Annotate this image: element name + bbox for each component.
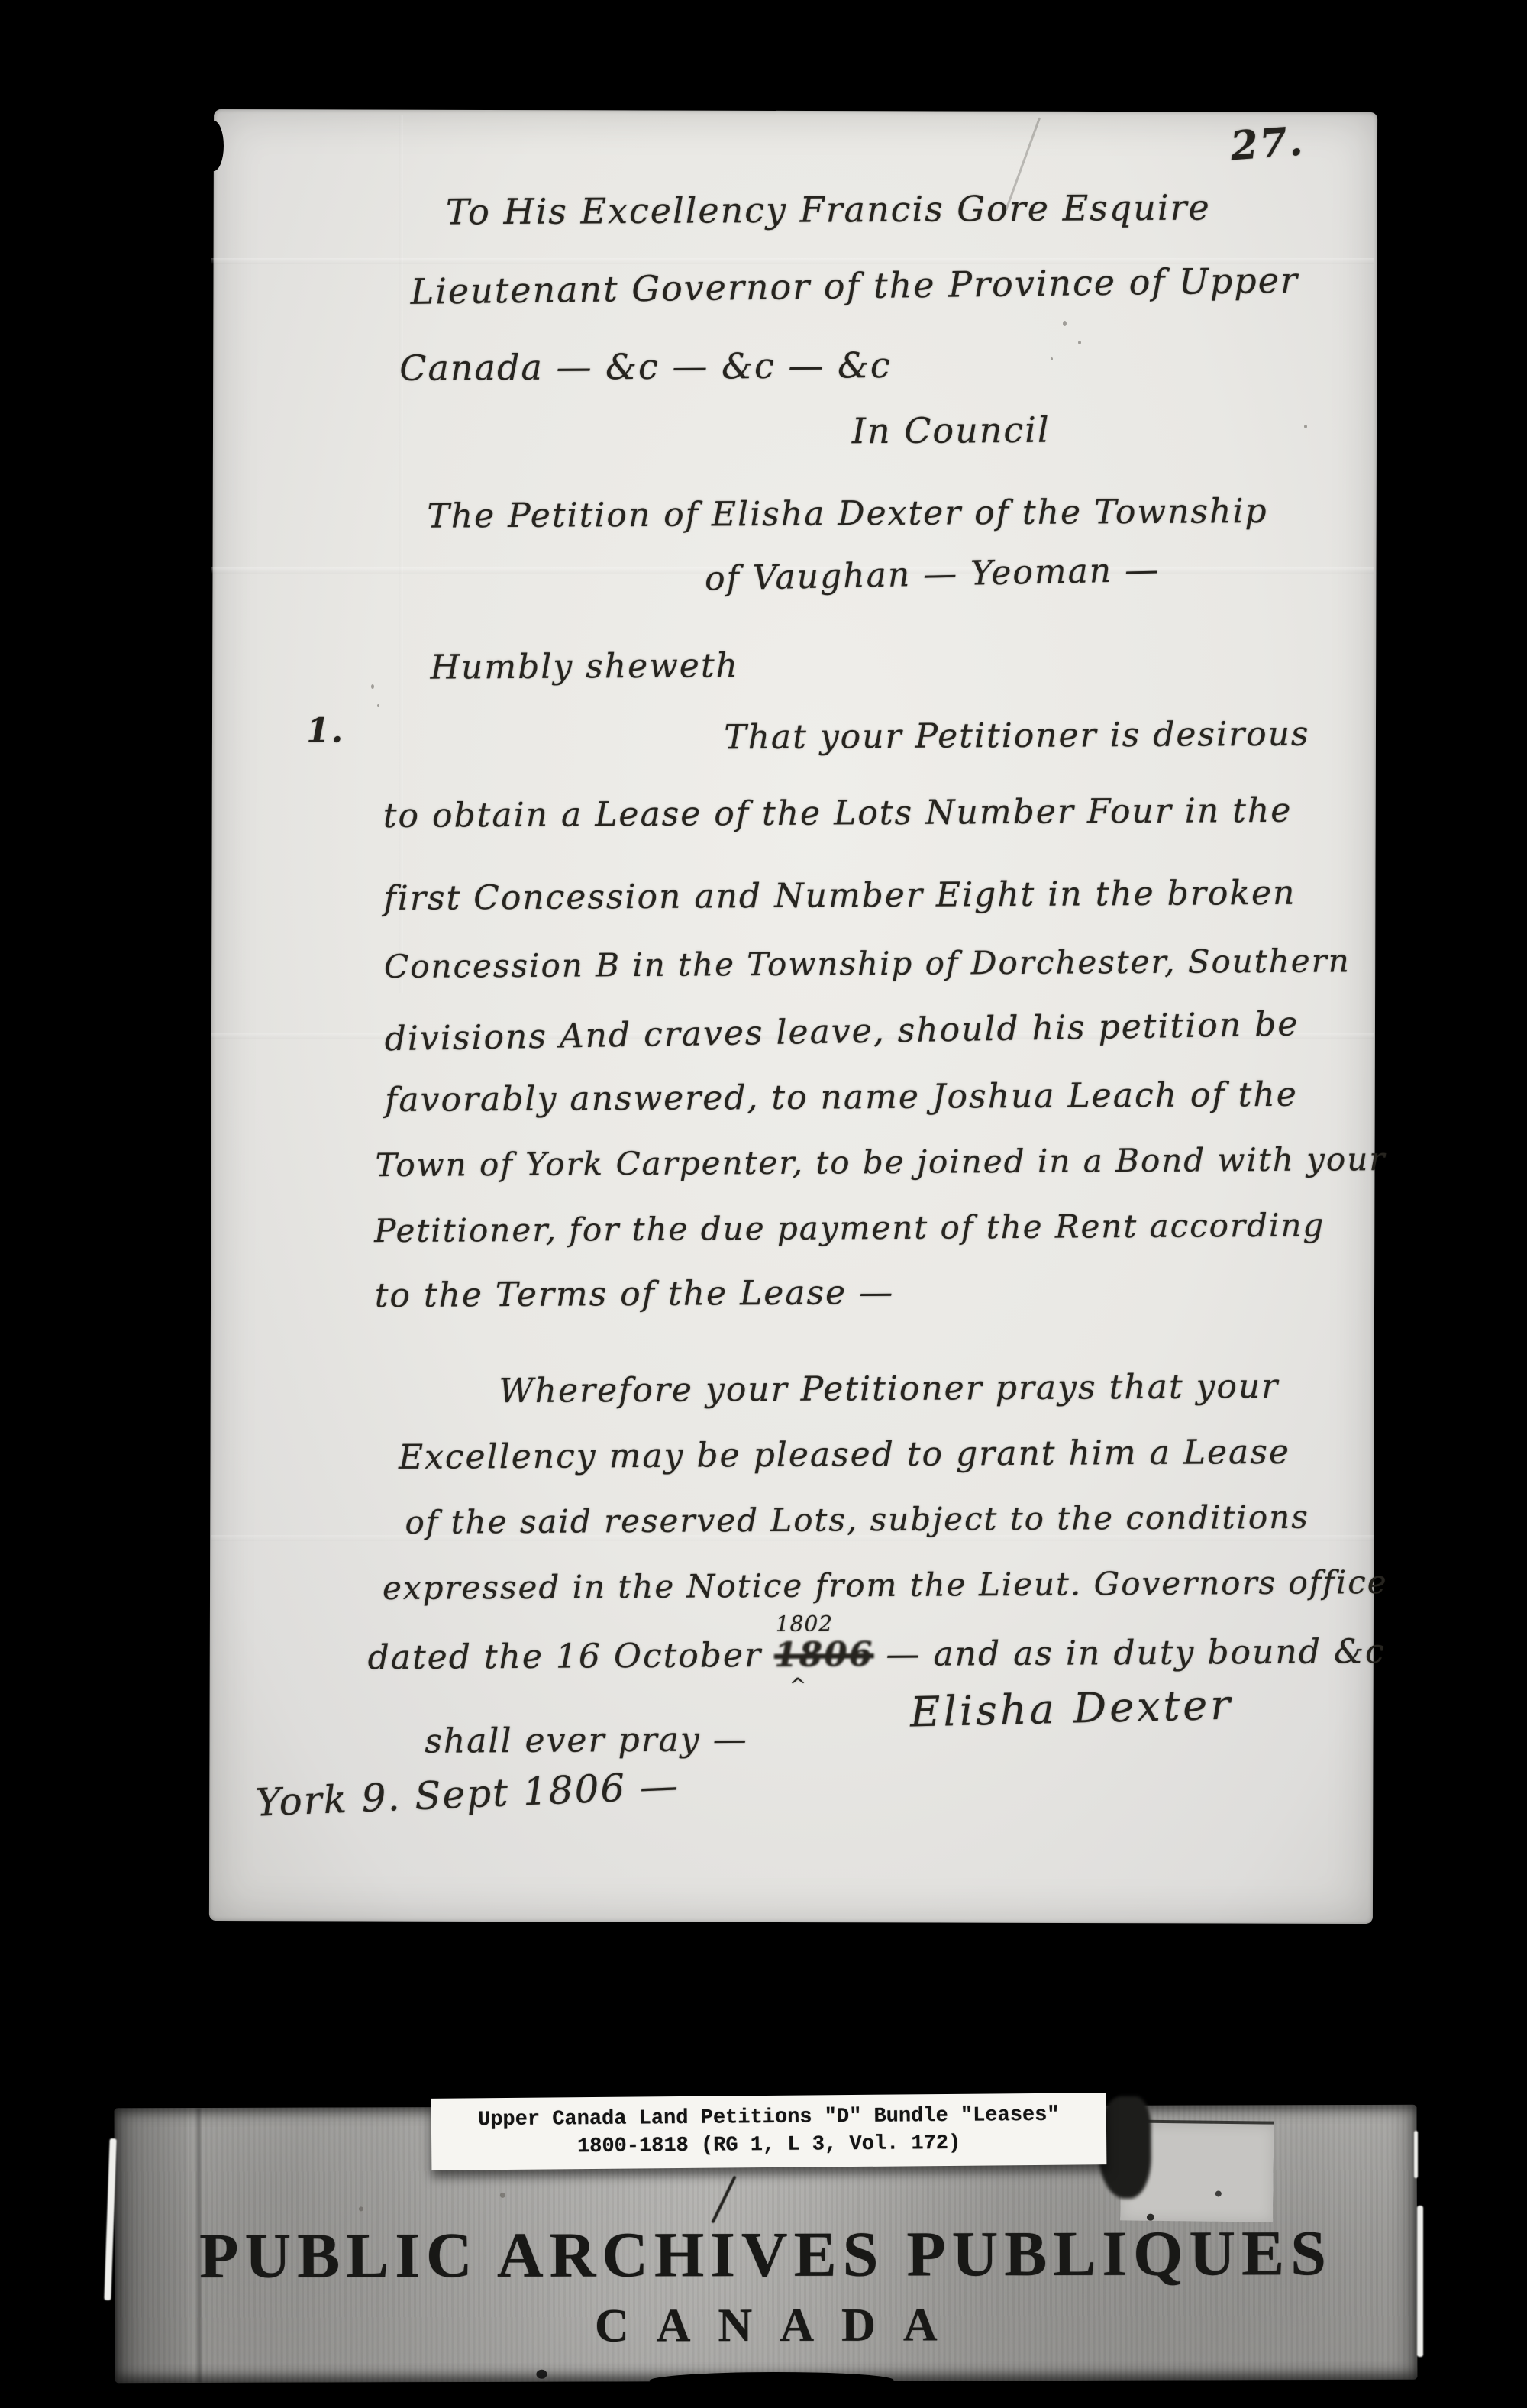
petition-line: divisions And craves leave, should his p… [384, 1004, 1299, 1059]
dateline-prefix: dated the 16 October [367, 1636, 774, 1677]
petition-line: In Council [852, 409, 1051, 452]
petition-line: favorably answered, to name Joshua Leach… [385, 1075, 1298, 1120]
petitioner-signature: Elisha Dexter [909, 1681, 1233, 1737]
petition-closing: shall ever pray — [425, 1720, 748, 1761]
petition-line: first Concession and Number Eight in the… [383, 874, 1296, 918]
caret-mark: ^ [789, 1675, 808, 1698]
handwriting-layer: 27. 1. To His Excellency Francis Gore Es… [0, 0, 1527, 2408]
page-number: 27. [1228, 118, 1306, 170]
petition-line: Canada — &c — &c — &c [399, 344, 892, 389]
petition-line: Petitioner, for the due payment of the R… [374, 1207, 1325, 1250]
label-line-1: Upper Canada Land Petitions "D" Bundle "… [478, 2103, 1060, 2133]
film-scratch [1417, 2206, 1423, 2357]
film-scratch [1414, 2131, 1418, 2178]
petition-line: Town of York Carpenter, to be joined in … [376, 1140, 1387, 1184]
place-date-line: York 9. Sept 1806 — [255, 1763, 680, 1825]
band-speck [1215, 2190, 1222, 2196]
dateline-year-correction: 18021806^ [774, 1635, 874, 1675]
corrected-year: 1802 [776, 1611, 833, 1636]
dateline-suffix: — and as in duty bound &c [873, 1632, 1386, 1674]
archive-catalogue-label: Upper Canada Land Petitions "D" Bundle "… [431, 2093, 1107, 2170]
archive-title: PUBLIC ARCHIVES PUBLIQUES [115, 2216, 1417, 2293]
petition-line: Concession B in the Township of Dorchest… [384, 942, 1351, 985]
petition-line: Wherefore your Petitioner prays that you… [499, 1367, 1279, 1411]
petition-dateline: dated the 16 October 18021806^ — and as … [367, 1632, 1385, 1677]
band-speck [500, 2193, 505, 2198]
petition-line: To His Excellency Francis Gore Esquire [446, 186, 1211, 232]
petition-line: Humbly sheweth [431, 646, 740, 687]
petition-line: Excellency may be pleased to grant him a… [399, 1433, 1290, 1477]
band-speck [536, 2370, 547, 2379]
petition-line: The Petition of Elisha Dexter of the Tow… [427, 492, 1267, 536]
petition-line: Lieutenant Governor of the Province of U… [410, 260, 1299, 312]
petition-line: to obtain a Lease of the Lots Number Fou… [383, 791, 1293, 836]
label-line-2: 1800-1818 (RG 1, L 3, Vol. 172) [577, 2132, 961, 2159]
struck-year: 1806 [774, 1635, 874, 1675]
petition-line: of Vaughan — Yeoman — [705, 551, 1161, 599]
band-speck [359, 2206, 363, 2211]
petition-line: of the said reserved Lots, subject to th… [405, 1498, 1309, 1541]
band-speck [1147, 2214, 1154, 2221]
petition-line: to the Terms of the Lease — [375, 1273, 895, 1315]
archive-subtitle: CANADA [115, 2297, 1431, 2355]
petition-line: That your Petitioner is desirous [724, 715, 1310, 758]
petition-line: expressed in the Notice from the Lieut. … [383, 1563, 1388, 1607]
microfilm-scan: 27. 1. To His Excellency Francis Gore Es… [0, 0, 1527, 2408]
margin-mark: 1. [306, 711, 344, 750]
